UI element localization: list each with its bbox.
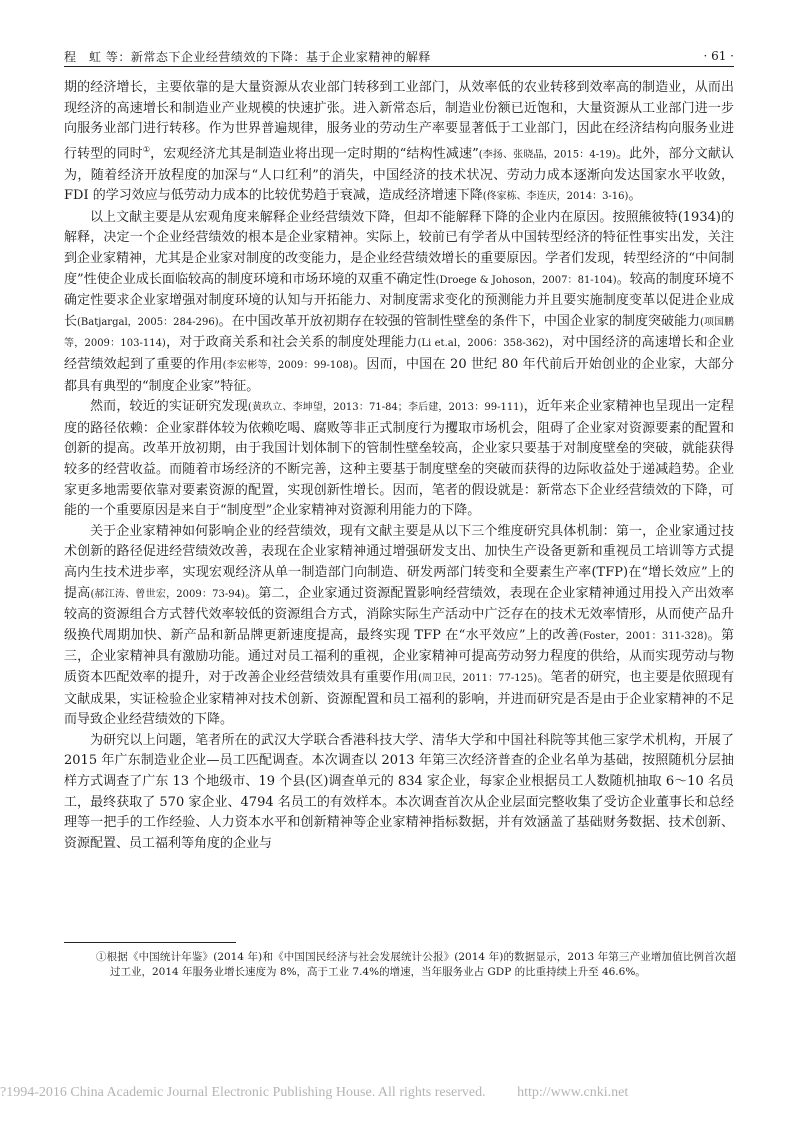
paragraph: 以上文献主要是从宏观角度来解释企业经营绩效下降，但却不能解释下降的企业内在原因。… <box>64 208 734 397</box>
citation: (Foster，2001：311-328) <box>579 631 707 642</box>
citation: (Droege & Johoson，2007：81-104) <box>436 275 617 286</box>
header-divider <box>64 66 734 67</box>
running-header: 程 虹 等：新常态下企业经营绩效的下降：基于企业家精神的解释 · 61 · <box>64 46 734 66</box>
cnki-link[interactable]: http://www.cnki.net <box>517 1085 628 1100</box>
citation: (郝江涛、曾世宏，2009：73-94) <box>90 589 244 600</box>
copyright-text: ?1994-2016 China Academic Journal Electr… <box>0 1085 486 1100</box>
citation: (佟家栋、李连庆，2014：3-16) <box>483 191 629 202</box>
citation: (Batjargal，2005：284-296) <box>77 317 219 328</box>
footnote-marker[interactable]: ① <box>143 145 150 154</box>
article-body: 期的经济增长，主要依靠的是大量资源从农业部门转移到工业部门，从效率低的农业转移到… <box>64 78 734 854</box>
citation: (Li et.al，2006：358-362) <box>417 338 548 349</box>
citation: (李扬、张晓晶，2015：4-19) <box>479 149 616 160</box>
running-title: 程 虹 等：新常态下企业经营绩效的下降：基于企业家精神的解释 <box>64 48 431 65</box>
citation: (黄玖立、李坤望，2013：71-84；李后建，2013：99-111) <box>248 402 524 413</box>
paragraph: 然而，较近的实证研究发现(黄玖立、李坤望，2013：71-84；李后建，2013… <box>64 397 734 522</box>
paragraph: 关于企业家精神如何影响企业的经营绩效，现有文献主要是从以下三个维度研究具体机制：… <box>64 522 734 731</box>
page-number: · 61 · <box>703 49 734 63</box>
footnote-divider <box>64 942 236 943</box>
citation: (周卫民，2011：77-125) <box>418 673 537 684</box>
paragraph: 期的经济增长，主要依靠的是大量资源从农业部门转移到工业部门，从效率低的农业转移到… <box>64 78 734 208</box>
copyright-footer: ?1994-2016 China Academic Journal Electr… <box>0 1085 794 1101</box>
citation: (李宏彬等，2009：99-108) <box>223 360 353 371</box>
paragraph: 为研究以上问题，笔者所在的武汉大学联合香港科技大学、清华大学和中国社科院等其他三… <box>64 731 734 855</box>
footnote: ①根据《中国统计年鉴》(2014 年)和《中国国民经济与社会发展统计公报》(20… <box>96 950 736 980</box>
